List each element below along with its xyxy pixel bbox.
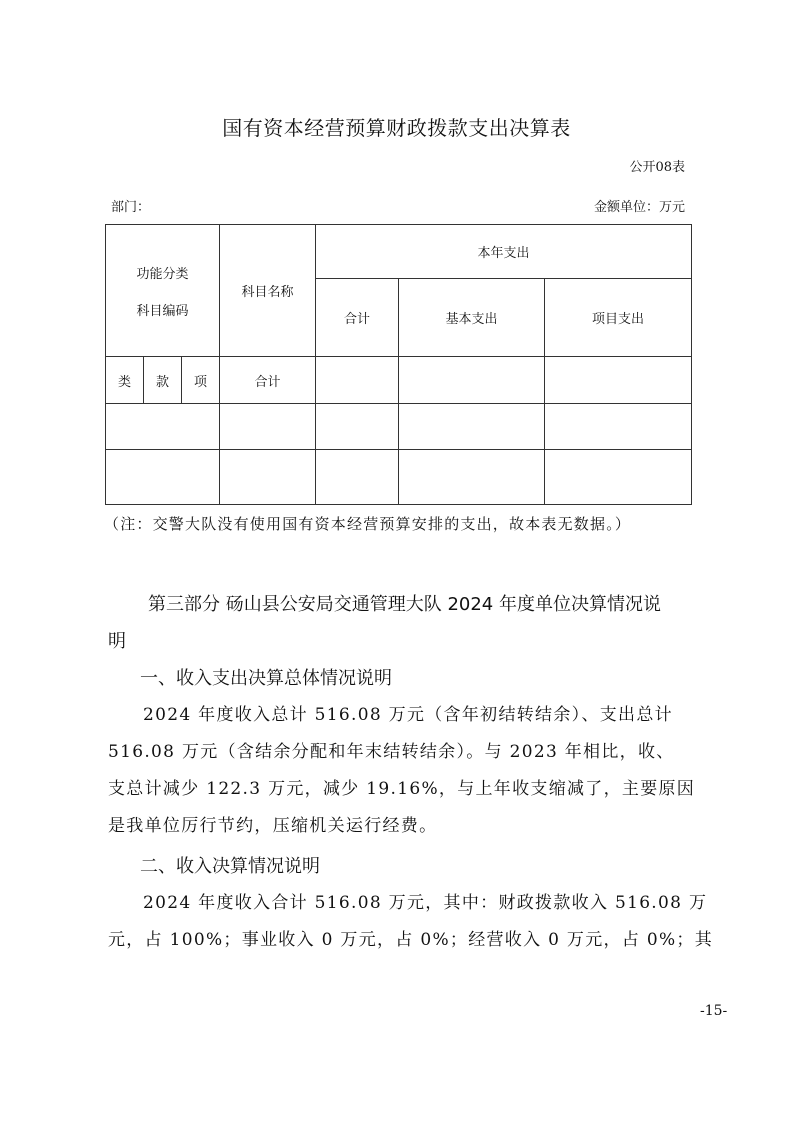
expense-table: 功能分类 科目编码 科目名称 本年支出 合计 基本支出 项目支出 类 款 项 合… [105, 224, 692, 505]
project-expense-header: 项目支出 [545, 279, 692, 357]
subject-code-label: 科目编码 [106, 300, 219, 319]
section2-heading: 二、收入决算情况说明 [140, 852, 320, 878]
section-header: 款 [144, 357, 182, 404]
section1-paragraph: 2024 年度收入总计 516.08 万元（含年初结转结余）、支出总计 516.… [108, 697, 738, 845]
para-line: 516.08 万元（含结余分配和年末结转结余）。与 2023 年相比，收、 [108, 734, 738, 771]
row-name [220, 404, 316, 450]
section2-paragraph: 2024 年度收入合计 516.08 万元，其中：财政拨款收入 516.08 万… [108, 885, 738, 959]
row-code [106, 450, 220, 505]
total-header: 合计 [316, 279, 399, 357]
para-line: 支总计减少 122.3 万元，减少 19.16%，与上年收支缩减了，主要原因 [108, 771, 738, 808]
total-row: 类 款 项 合计 [106, 357, 692, 404]
func-class-label: 功能分类 [106, 263, 219, 282]
row-total [316, 450, 399, 505]
row-total [316, 404, 399, 450]
total-row-total [316, 357, 399, 404]
para-line: 元，占 100%；事业收入 0 万元，占 0%；经营收入 0 万元，占 0%；其 [108, 922, 738, 959]
unit-label: 金额单位：万元 [594, 196, 685, 215]
total-row-basic [399, 357, 545, 404]
row-project [545, 450, 692, 505]
row-code [106, 404, 220, 450]
part-heading: 第三部分 砀山县公安局交通管理大队 2024 年度单位决算情况说 [148, 590, 661, 616]
table-title: 国有资本经营预算财政拨款支出决算表 [0, 112, 793, 141]
section1-heading: 一、收入支出决算总体情况说明 [140, 664, 392, 690]
table-row [106, 450, 692, 505]
current-year-expense-header: 本年支出 [316, 225, 692, 279]
total-row-label: 合计 [220, 357, 316, 404]
basic-expense-header: 基本支出 [399, 279, 545, 357]
row-basic [399, 450, 545, 505]
table-code: 公开08表 [629, 156, 685, 175]
para-line: 是我单位厉行节约，压缩机关运行经费。 [108, 808, 738, 845]
subject-name-header: 科目名称 [220, 225, 316, 357]
page-number: -15- [700, 1003, 727, 1019]
row-name [220, 450, 316, 505]
func-class-header: 功能分类 科目编码 [106, 225, 220, 357]
para-line: 2024 年度收入合计 516.08 万元，其中：财政拨款收入 516.08 万 [108, 885, 738, 922]
table-row [106, 404, 692, 450]
row-basic [399, 404, 545, 450]
row-project [545, 404, 692, 450]
department-label: 部门： [111, 196, 150, 215]
part-heading-continued: 明 [108, 627, 126, 653]
table-note: （注：交警大队没有使用国有资本经营预算安排的支出，故本表无数据。） [104, 513, 631, 534]
para-line: 2024 年度收入总计 516.08 万元（含年初结转结余）、支出总计 [108, 697, 738, 734]
item-header: 项 [182, 357, 220, 404]
category-header: 类 [106, 357, 144, 404]
total-row-project [545, 357, 692, 404]
